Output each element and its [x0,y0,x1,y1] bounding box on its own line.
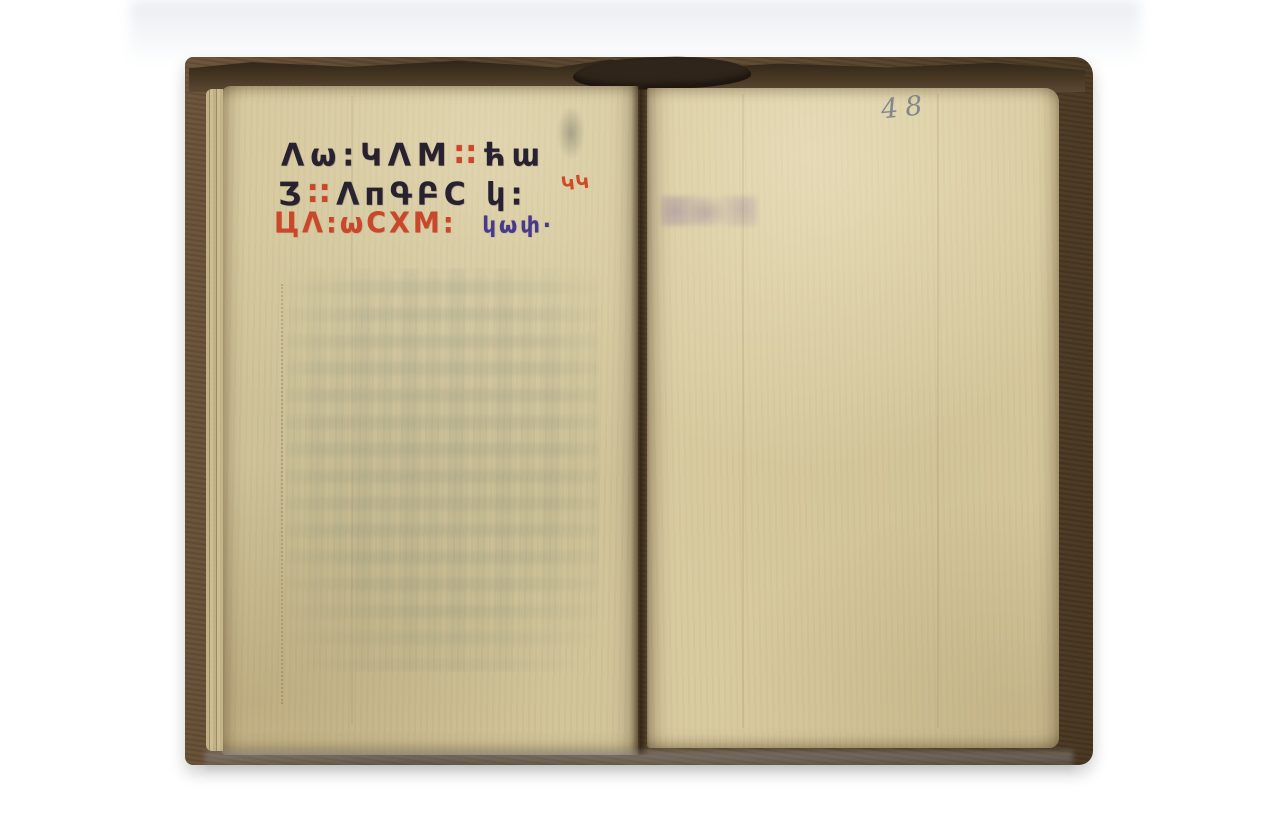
line3-purple-addition: կωփ· [483,212,554,237]
right-page-crease [742,94,744,728]
right-page: 48 [647,88,1059,748]
red-margin-mark: ԿԿ [560,171,591,196]
ink-stain [557,106,585,160]
book-shadow [205,751,1073,775]
line1-black-text-end: ћա [484,137,546,174]
folio-number: 48 [880,90,931,126]
left-page: Λω:ԿΛM∷ћա Ʒ∷ΛᴨԳԲC կ: ԿԿ ЦΛ:ωCXM:կωփ· [221,86,638,755]
page-edge-stack [206,89,223,751]
bleedthrough-ghost-text [285,268,599,672]
manuscript-photo: Λω:ԿΛM∷ћա Ʒ∷ΛᴨԳԲC կ: ԿԿ ЦΛ:ωCXM:կωփ· 48 [0,0,1273,823]
manuscript-line-1: Λω:ԿΛM∷ћա [281,137,546,174]
line3-red-rubric-text: ЦΛ:ωCXM: [274,207,457,240]
right-page-crease [937,94,939,728]
line1-red-divider-mark: ∷ [453,137,484,174]
manuscript-line-3: ЦΛ:ωCXM:կωփ· [274,207,554,240]
open-codex: Λω:ԿΛM∷ћա Ʒ∷ΛᴨԳԲC կ: ԿԿ ЦΛ:ωCXM:կωփ· 48 [185,57,1093,765]
book-gutter-fold [631,85,649,755]
left-page-crease [351,96,353,725]
line1-black-text: Λω:ԿΛM [281,137,453,174]
pricking-ruling-marks [281,284,283,704]
